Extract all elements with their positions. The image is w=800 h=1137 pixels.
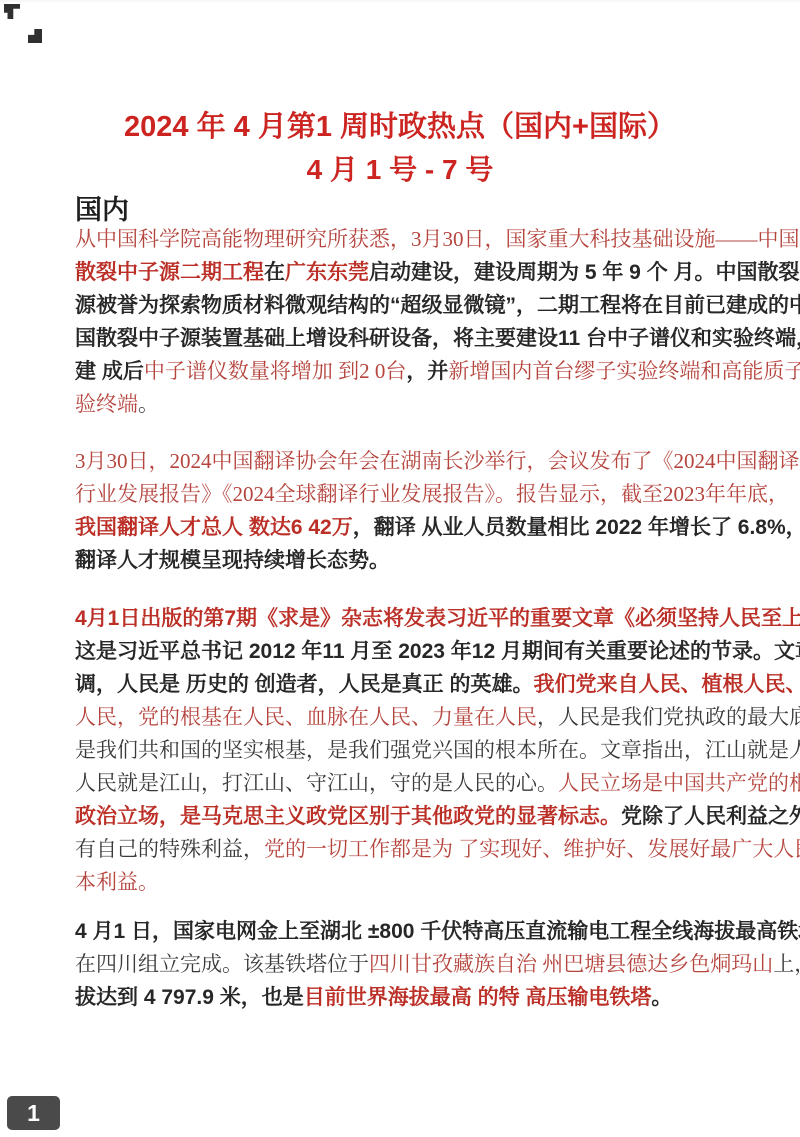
text-line: 4 月1 日，国家电网金上至湖北 ±800 千伏特高压直流输电工程全线海拔最高铁… xyxy=(75,915,775,948)
text-line: 3月30日，2024中国翻译协会年会在湖南长沙举行，会议发布了《2024中国翻译 xyxy=(75,445,775,478)
text-span: 。 xyxy=(138,392,159,416)
paragraph: 4 月1 日，国家电网金上至湖北 ±800 千伏特高压直流输电工程全线海拔最高铁… xyxy=(75,915,775,1014)
paragraph: 3月30日，2024中国翻译协会年会在湖南长沙举行，会议发布了《2024中国翻译… xyxy=(75,445,775,577)
text-line: 行业发展报告》《2024全球翻译行业发展报告》。报告显示，截至2023年年底， xyxy=(75,478,775,511)
text-line: 国散裂中子源装置基础上增设科研设备，将主要建设11 台中子谱仪和实验终端， xyxy=(75,322,775,355)
text-line: 验终端。 xyxy=(75,388,775,421)
text-span: ，并 xyxy=(406,360,448,383)
text-line: 在四川组立完成。该基铁塔位于四川甘孜藏族自治 州巴塘县德达乡色烔玛山上，海 xyxy=(75,948,775,981)
text-span: 有自己的特殊利益， xyxy=(75,837,264,861)
text-span: 3月30日，2024中国翻译协会年会在湖南长沙举行，会议发布了《2024中国翻译 xyxy=(75,449,800,473)
text-span: 广东东莞 xyxy=(285,261,369,284)
text-span: 人民就是江山，打江山、守江山，守的是人民的心。 xyxy=(75,771,558,795)
text-span: 4月1日出版的第7期《求是》杂志将发表习近平的重要文章《必须坚持人民至上》。 xyxy=(75,607,800,630)
text-span: 国散裂中子源装置基础上增设科研设备，将主要建设11 台中子谱仪和实验终端， xyxy=(75,327,800,350)
text-span: 人民立场是中国共产党的根本 xyxy=(558,771,800,795)
text-line: 这是习近平总书记 2012 年11 月至 2023 年12 月期间有关重要论述的… xyxy=(75,635,775,668)
text-line: 我国翻译人才总人 数达6 42万，翻译 从业人员数量相比 2022 年增长了 6… xyxy=(75,511,775,544)
page-number: 1 xyxy=(27,1100,40,1127)
document-title-line1: 2024 年 4 月第1 周时政热点（国内+国际） xyxy=(0,104,800,145)
text-span: 散裂中子源二期工程 xyxy=(75,261,264,284)
text-span: 本利益。 xyxy=(75,870,159,894)
text-span: 启动建设，建设周期为 5 年 9 个 月。中国散裂中子 xyxy=(369,261,800,284)
text-span: 源被誉为探索物质材料微观结构的“超级显微镜”，二期工程将在目前已建成的中 xyxy=(75,294,800,317)
text-line: 人民，党的根基在人民、血脉在人民、力量在人民，人民是我们党执政的最大底气， xyxy=(75,701,775,734)
text-span: 拔达到 4 797.9 米，也是 xyxy=(75,986,304,1009)
text-span: 目前世界海拔最高 的特 高压输电铁塔 xyxy=(304,986,652,1009)
text-line: 源被誉为探索物质材料微观结构的“超级显微镜”，二期工程将在目前已建成的中 xyxy=(75,289,775,322)
text-span: 。 xyxy=(651,986,672,1009)
text-line: 政治立场，是马克思主义政党区别于其他政党的显著标志。党除了人民利益之外没 xyxy=(75,800,775,833)
text-span: 行业发展报告》《2024全球翻译行业发展报告》。报告显示，截至2023年年底， xyxy=(75,482,789,506)
page-number-badge: 1 xyxy=(7,1096,60,1130)
text-line: 调，人民是 历史的 创造者，人民是真正 的英雄。我们党来自人民、植根人民、服务 xyxy=(75,668,775,701)
text-span: ，人民是我们党执政的最大底气， xyxy=(537,705,800,729)
text-line: 拔达到 4 797.9 米，也是目前世界海拔最高 的特 高压输电铁塔。 xyxy=(75,981,775,1014)
text-span: ，翻译 从业人员数量相比 2022 年增长了 6.8%，我国 xyxy=(353,516,800,539)
text-span: 验终端 xyxy=(75,392,138,416)
text-line: 4月1日出版的第7期《求是》杂志将发表习近平的重要文章《必须坚持人民至上》。 xyxy=(75,602,775,635)
text-line: 翻译人才规模呈现持续增长态势。 xyxy=(75,544,775,577)
document-title-line2: 4 月 1 号 - 7 号 xyxy=(0,148,800,188)
text-span: 中子谱仪数量将增加 到2 0台 xyxy=(144,359,407,383)
text-line: 散裂中子源二期工程在广东东莞启动建设，建设周期为 5 年 9 个 月。中国散裂中… xyxy=(75,256,775,289)
text-line: 人民就是江山，打江山、守江山，守的是人民的心。人民立场是中国共产党的根本 xyxy=(75,767,775,800)
text-line: 从中国科学院高能物理研究所获悉，3月30日，国家重大科技基础设施——中国 xyxy=(75,223,775,256)
text-span: 政治立场，是马克思主义政党区别于其他政党的显著标志。 xyxy=(75,805,621,828)
text-line: 建 成后中子谱仪数量将增加 到2 0台，并新增国内首台缪子实验终端和高能质子实 xyxy=(75,355,775,388)
text-span: 4 月1 日，国家电网金上至湖北 ±800 千伏特高压直流输电工程全线海拔最高铁… xyxy=(75,920,800,943)
text-span: 新增国内首台缪子实验终端和高能质子实 xyxy=(448,359,800,383)
text-span: 党的一切工作都是为 了实现好、维护好、发展好最广大人民根 xyxy=(264,837,800,861)
paragraph: 从中国科学院高能物理研究所获悉，3月30日，国家重大科技基础设施——中国散裂中子… xyxy=(75,223,775,421)
text-span: 我国翻译人才总人 数达6 42万 xyxy=(75,516,353,539)
text-span: 在四川组立完成。该基铁塔位于 xyxy=(75,952,369,976)
section-heading-domestic: 国内 xyxy=(75,188,129,227)
text-span: 是我们共和国的坚实根基，是我们强党兴国的根本所在。文章指出，江山就是人民、 xyxy=(75,738,800,762)
text-span: 建 成后 xyxy=(75,360,144,383)
text-span: 上，海 xyxy=(773,952,800,976)
text-span: 翻译人才规模呈现持续增长态势。 xyxy=(75,549,390,572)
text-line: 是我们共和国的坚实根基，是我们强党兴国的根本所在。文章指出，江山就是人民、 xyxy=(75,734,775,767)
text-span: 这是习近平总书记 2012 年11 月至 2023 年12 月期间有关重要论述的… xyxy=(75,640,800,663)
corner-artifact-mark xyxy=(4,4,20,19)
text-span: 四川甘孜藏族自治 州巴塘县德达乡色烔玛山 xyxy=(369,952,773,976)
document-page: 2024 年 4 月第1 周时政热点（国内+国际） 4 月 1 号 - 7 号 … xyxy=(0,0,800,1137)
paragraph: 4月1日出版的第7期《求是》杂志将发表习近平的重要文章《必须坚持人民至上》。这是… xyxy=(75,602,775,899)
text-span: 我们党来自人民、植根人民、服务 xyxy=(534,673,800,696)
text-line: 本利益。 xyxy=(75,866,775,899)
corner-artifact-mark xyxy=(28,29,42,43)
text-line: 有自己的特殊利益，党的一切工作都是为 了实现好、维护好、发展好最广大人民根 xyxy=(75,833,775,866)
text-span: 党除了人民利益之外没 xyxy=(621,805,800,828)
text-span: 在 xyxy=(264,261,285,284)
text-span: 调，人民是 历史的 创造者，人民是真正 的英雄。 xyxy=(75,673,534,696)
text-span: 人民，党的根基在人民、血脉在人民、力量在人民 xyxy=(75,705,537,729)
text-span: 从中国科学院高能物理研究所获悉，3月30日，国家重大科技基础设施——中国 xyxy=(75,227,800,251)
